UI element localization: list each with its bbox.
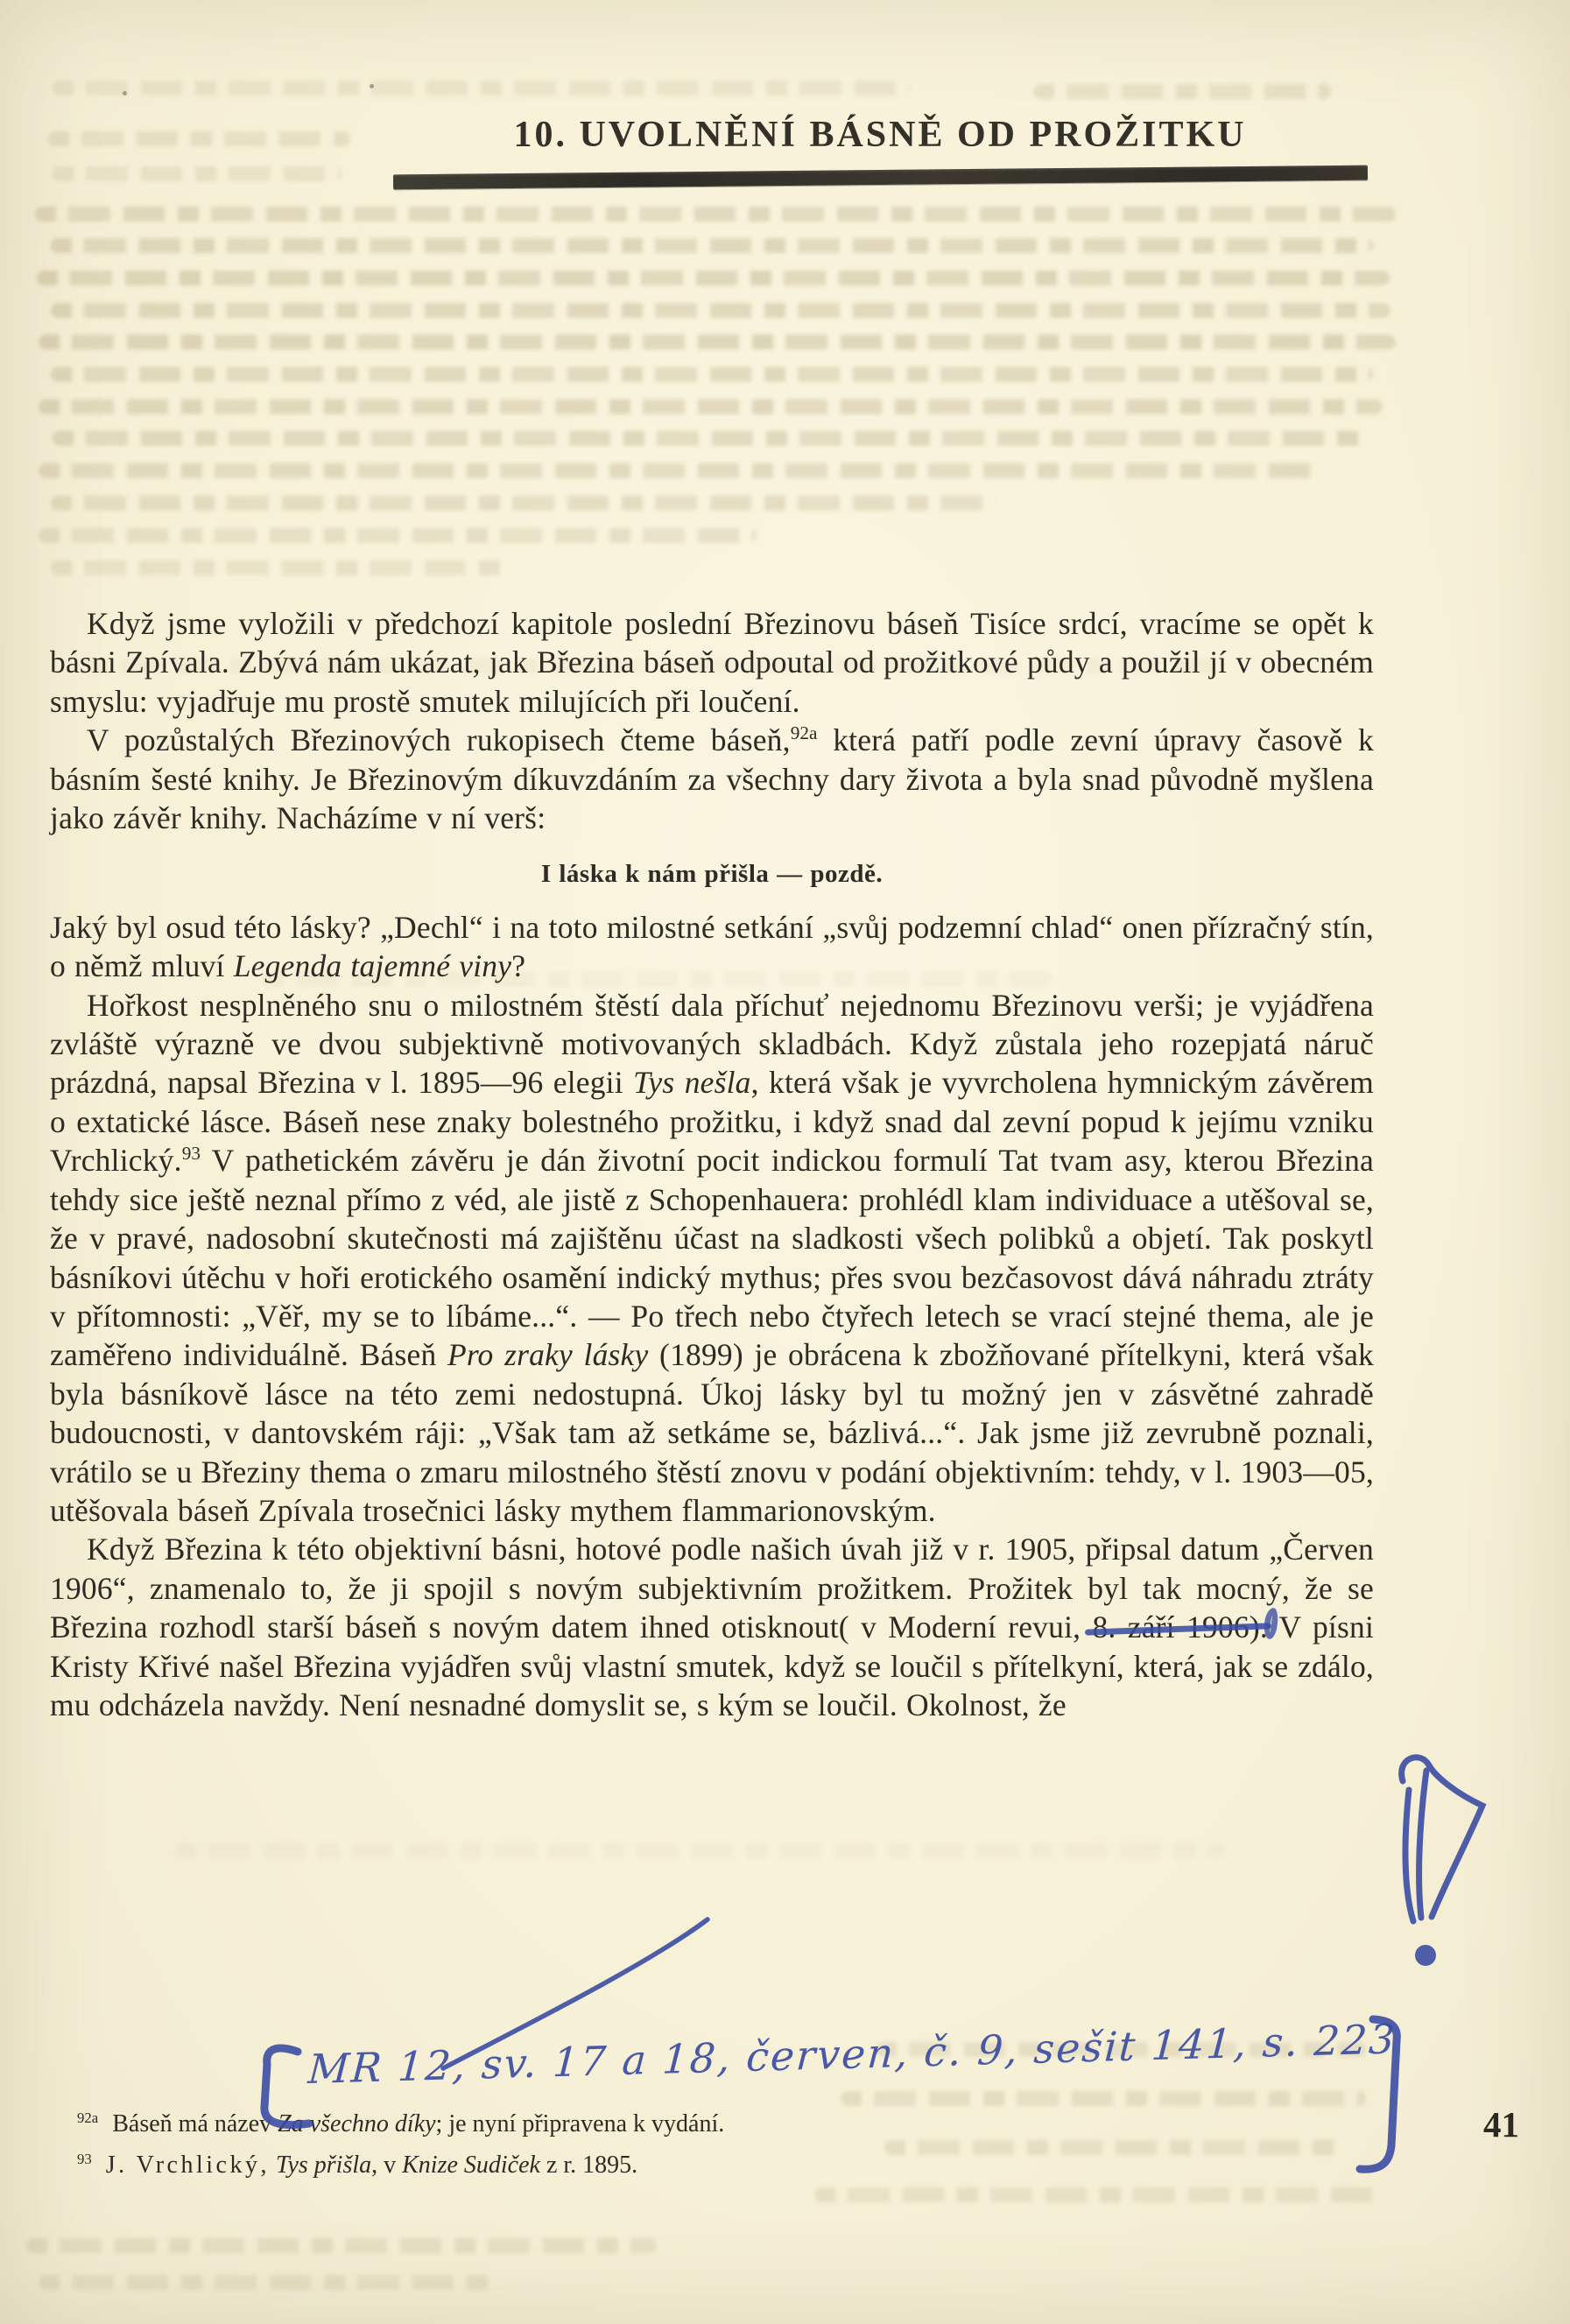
footnote-number: 93 — [77, 2151, 92, 2167]
footnote: 92aBáseň má název Za všechno díky; je ny… — [77, 2103, 724, 2144]
bleedthrough-line — [53, 166, 341, 181]
paragraph: Když Březina k této objektivní básni, ho… — [50, 1530, 1374, 1724]
page-number: 41 — [1483, 2103, 1519, 2145]
bleedthrough-line — [53, 81, 911, 95]
verse-line: I láska k nám přišla — pozdě. — [50, 855, 1374, 893]
paragraph: V pozůstalých Březinových rukopisech čte… — [50, 721, 1374, 837]
text-run: Knize Sudiček — [402, 2151, 540, 2179]
bleedthrough-line — [51, 496, 996, 511]
bleedthrough-line — [39, 528, 757, 543]
margin-doodle-icon — [1402, 1757, 1482, 1917]
bleedthrough-line — [175, 1843, 1226, 1858]
text-run: ? — [511, 948, 525, 983]
margin-doodle-icon — [1405, 1771, 1426, 1921]
footnote-ref: 93 — [182, 1143, 201, 1164]
bleedthrough-line — [51, 303, 1390, 318]
bleedthrough-line — [48, 131, 350, 146]
footnote-number: 92a — [77, 2109, 98, 2126]
text-run: , v — [371, 2151, 402, 2179]
text-run: Když jsme vyložili v předchozí kapitole … — [50, 606, 1374, 719]
handwritten-citation: MR 12, sv. 17 a 18, červen, č. 9, sešit … — [306, 2016, 1369, 2093]
bleedthrough-line — [1033, 84, 1331, 99]
bleedthrough-line — [841, 2091, 1366, 2106]
bleedthrough-line — [53, 431, 1366, 446]
bleedthrough-line — [814, 2187, 1375, 2202]
text-run: Tys nešla — [633, 1065, 751, 1100]
footnotes: 92aBáseň má název Za všechno díky; je ny… — [77, 2103, 724, 2186]
margin-ink-dot — [1415, 1945, 1436, 1966]
body-text: Když jsme vyložili v předchozí kapitole … — [50, 604, 1374, 1724]
chapter-heading: 10. UVOLNĚNÍ BÁSNĚ OD PROŽITKU — [385, 114, 1375, 156]
bleedthrough-line — [884, 2140, 1340, 2155]
text-run: V pozůstalých Březinových rukopisech čte… — [87, 722, 791, 757]
footnote: 93J. Vrchlický, Tys přišla, v Knize Sudi… — [77, 2144, 724, 2186]
bleedthrough-line — [51, 367, 1373, 382]
text-run: Báseň má název — [112, 2110, 278, 2137]
text-run: Za všechno díky — [278, 2110, 435, 2137]
ink-speck — [370, 84, 374, 88]
bleedthrough-line — [39, 2275, 494, 2290]
bleedthrough-line — [39, 463, 1321, 478]
bleedthrough-line — [37, 271, 1390, 285]
ink-speck — [123, 91, 127, 95]
text-run: Pro zraky lásky — [447, 1337, 649, 1372]
text-run — [270, 2151, 276, 2179]
bleedthrough-line — [35, 207, 1397, 222]
text-run: ; je nyní připravena k vydání. — [436, 2110, 725, 2137]
paragraph: Jaký byl osud této lásky? „Dechl“ i na t… — [50, 908, 1374, 986]
bleedthrough-line — [51, 560, 506, 575]
heading-underline-rule — [393, 165, 1368, 190]
text-run: J. Vrchlický, — [106, 2151, 270, 2179]
text-run: z r. 1895. — [540, 2151, 637, 2179]
paragraph: Hořkost nesplněného snu o milostném štěs… — [50, 986, 1374, 1531]
book-page-scan: 10. UVOLNĚNÍ BÁSNĚ OD PROŽITKU Když jsme… — [0, 0, 1570, 2324]
bleedthrough-line — [26, 2238, 657, 2253]
bleedthrough-line — [39, 399, 1383, 414]
paragraph: Když jsme vyložili v předchozí kapitole … — [50, 604, 1374, 721]
text-run: Tys přišla — [276, 2151, 371, 2179]
bleedthrough-line — [51, 238, 1373, 253]
footnote-ref: 92a — [791, 722, 818, 743]
text-run: Legenda tajemné viny — [234, 948, 512, 983]
bleedthrough-line — [39, 335, 1396, 349]
text-run: 8. září 1906 — [1092, 1609, 1249, 1644]
